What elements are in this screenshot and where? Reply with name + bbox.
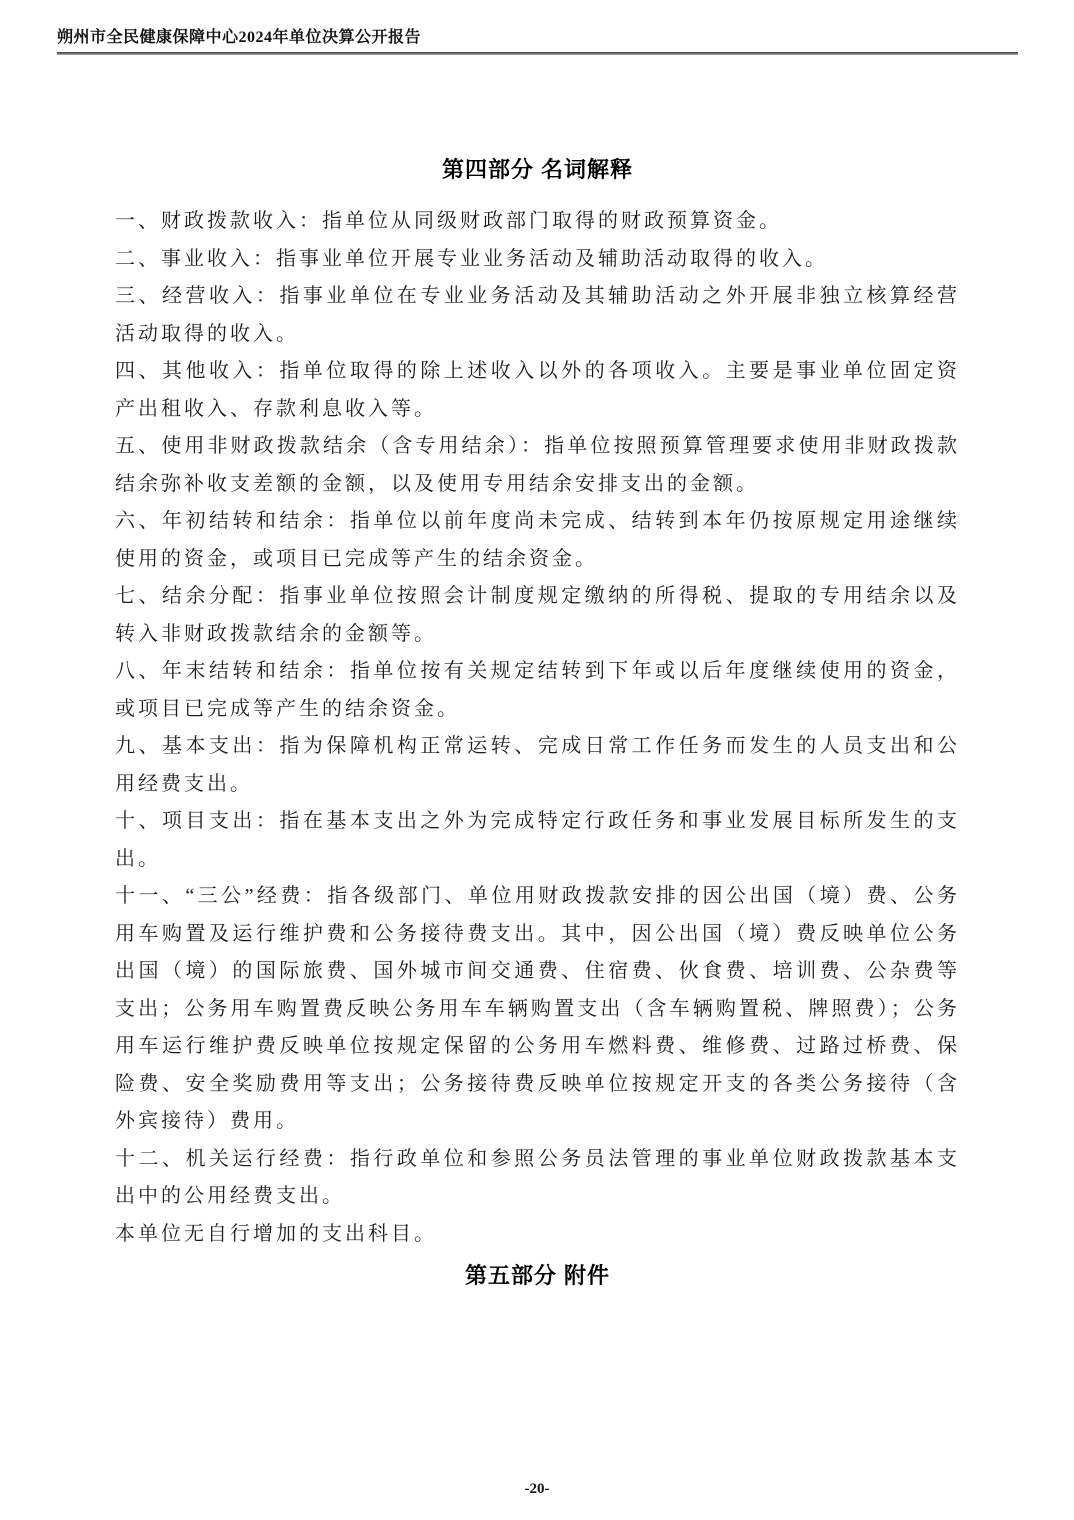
definition-item-12: 十二、机关运行经费：指行政单位和参照公务员法管理的事业单位财政拨款基本支出中的公… [115, 1141, 960, 1216]
section4-title: 第四部分 名词解释 [115, 155, 960, 185]
definition-item-2: 二、事业收入：指事业单位开展专业业务活动及辅助活动取得的收入。 [115, 241, 960, 279]
header-rule [57, 52, 1018, 55]
definition-item-4: 四、其他收入：指单位取得的除上述收入以外的各项收入。主要是事业单位固定资产出租收… [115, 353, 960, 428]
report-header-title: 朔州市全民健康保障中心2024年单位决算公开报告 [57, 28, 1018, 48]
document-page: 朔州市全民健康保障中心2024年单位决算公开报告 第四部分 名词解释 一、财政拨… [0, 0, 1074, 1520]
section5-title: 第五部分 附件 [115, 1261, 960, 1291]
page-header: 朔州市全民健康保障中心2024年单位决算公开报告 [57, 28, 1018, 55]
page-number: -20- [0, 1481, 1074, 1498]
definition-item-8: 八、年末结转和结余：指单位按有关规定结转到下年或以后年度继续使用的资金，或项目已… [115, 653, 960, 728]
definition-item-10: 十、项目支出：指在基本支出之外为完成特定行政任务和事业发展目标所发生的支出。 [115, 803, 960, 878]
document-body: 第四部分 名词解释 一、财政拨款收入：指单位从同级财政部门取得的财政预算资金。 … [115, 155, 960, 1291]
closing-note: 本单位无自行增加的支出科目。 [115, 1216, 960, 1254]
definition-item-6: 六、年初结转和结余：指单位以前年度尚未完成、结转到本年仍按原规定用途继续使用的资… [115, 503, 960, 578]
definitions-list: 一、财政拨款收入：指单位从同级财政部门取得的财政预算资金。 二、事业收入：指事业… [115, 203, 960, 1253]
definition-item-3: 三、经营收入：指事业单位在专业业务活动及其辅助活动之外开展非独立核算经营活动取得… [115, 278, 960, 353]
definition-item-1: 一、财政拨款收入：指单位从同级财政部门取得的财政预算资金。 [115, 203, 960, 241]
definition-item-11: 十一、“三公”经费：指各级部门、单位用财政拨款安排的因公出国（境）费、公务用车购… [115, 878, 960, 1141]
definition-item-5: 五、使用非财政拨款结余（含专用结余）：指单位按照预算管理要求使用非财政拨款结余弥… [115, 428, 960, 503]
definition-item-9: 九、基本支出：指为保障机构正常运转、完成日常工作任务而发生的人员支出和公用经费支… [115, 728, 960, 803]
definition-item-7: 七、结余分配：指事业单位按照会计制度规定缴纳的所得税、提取的专用结余以及转入非财… [115, 578, 960, 653]
